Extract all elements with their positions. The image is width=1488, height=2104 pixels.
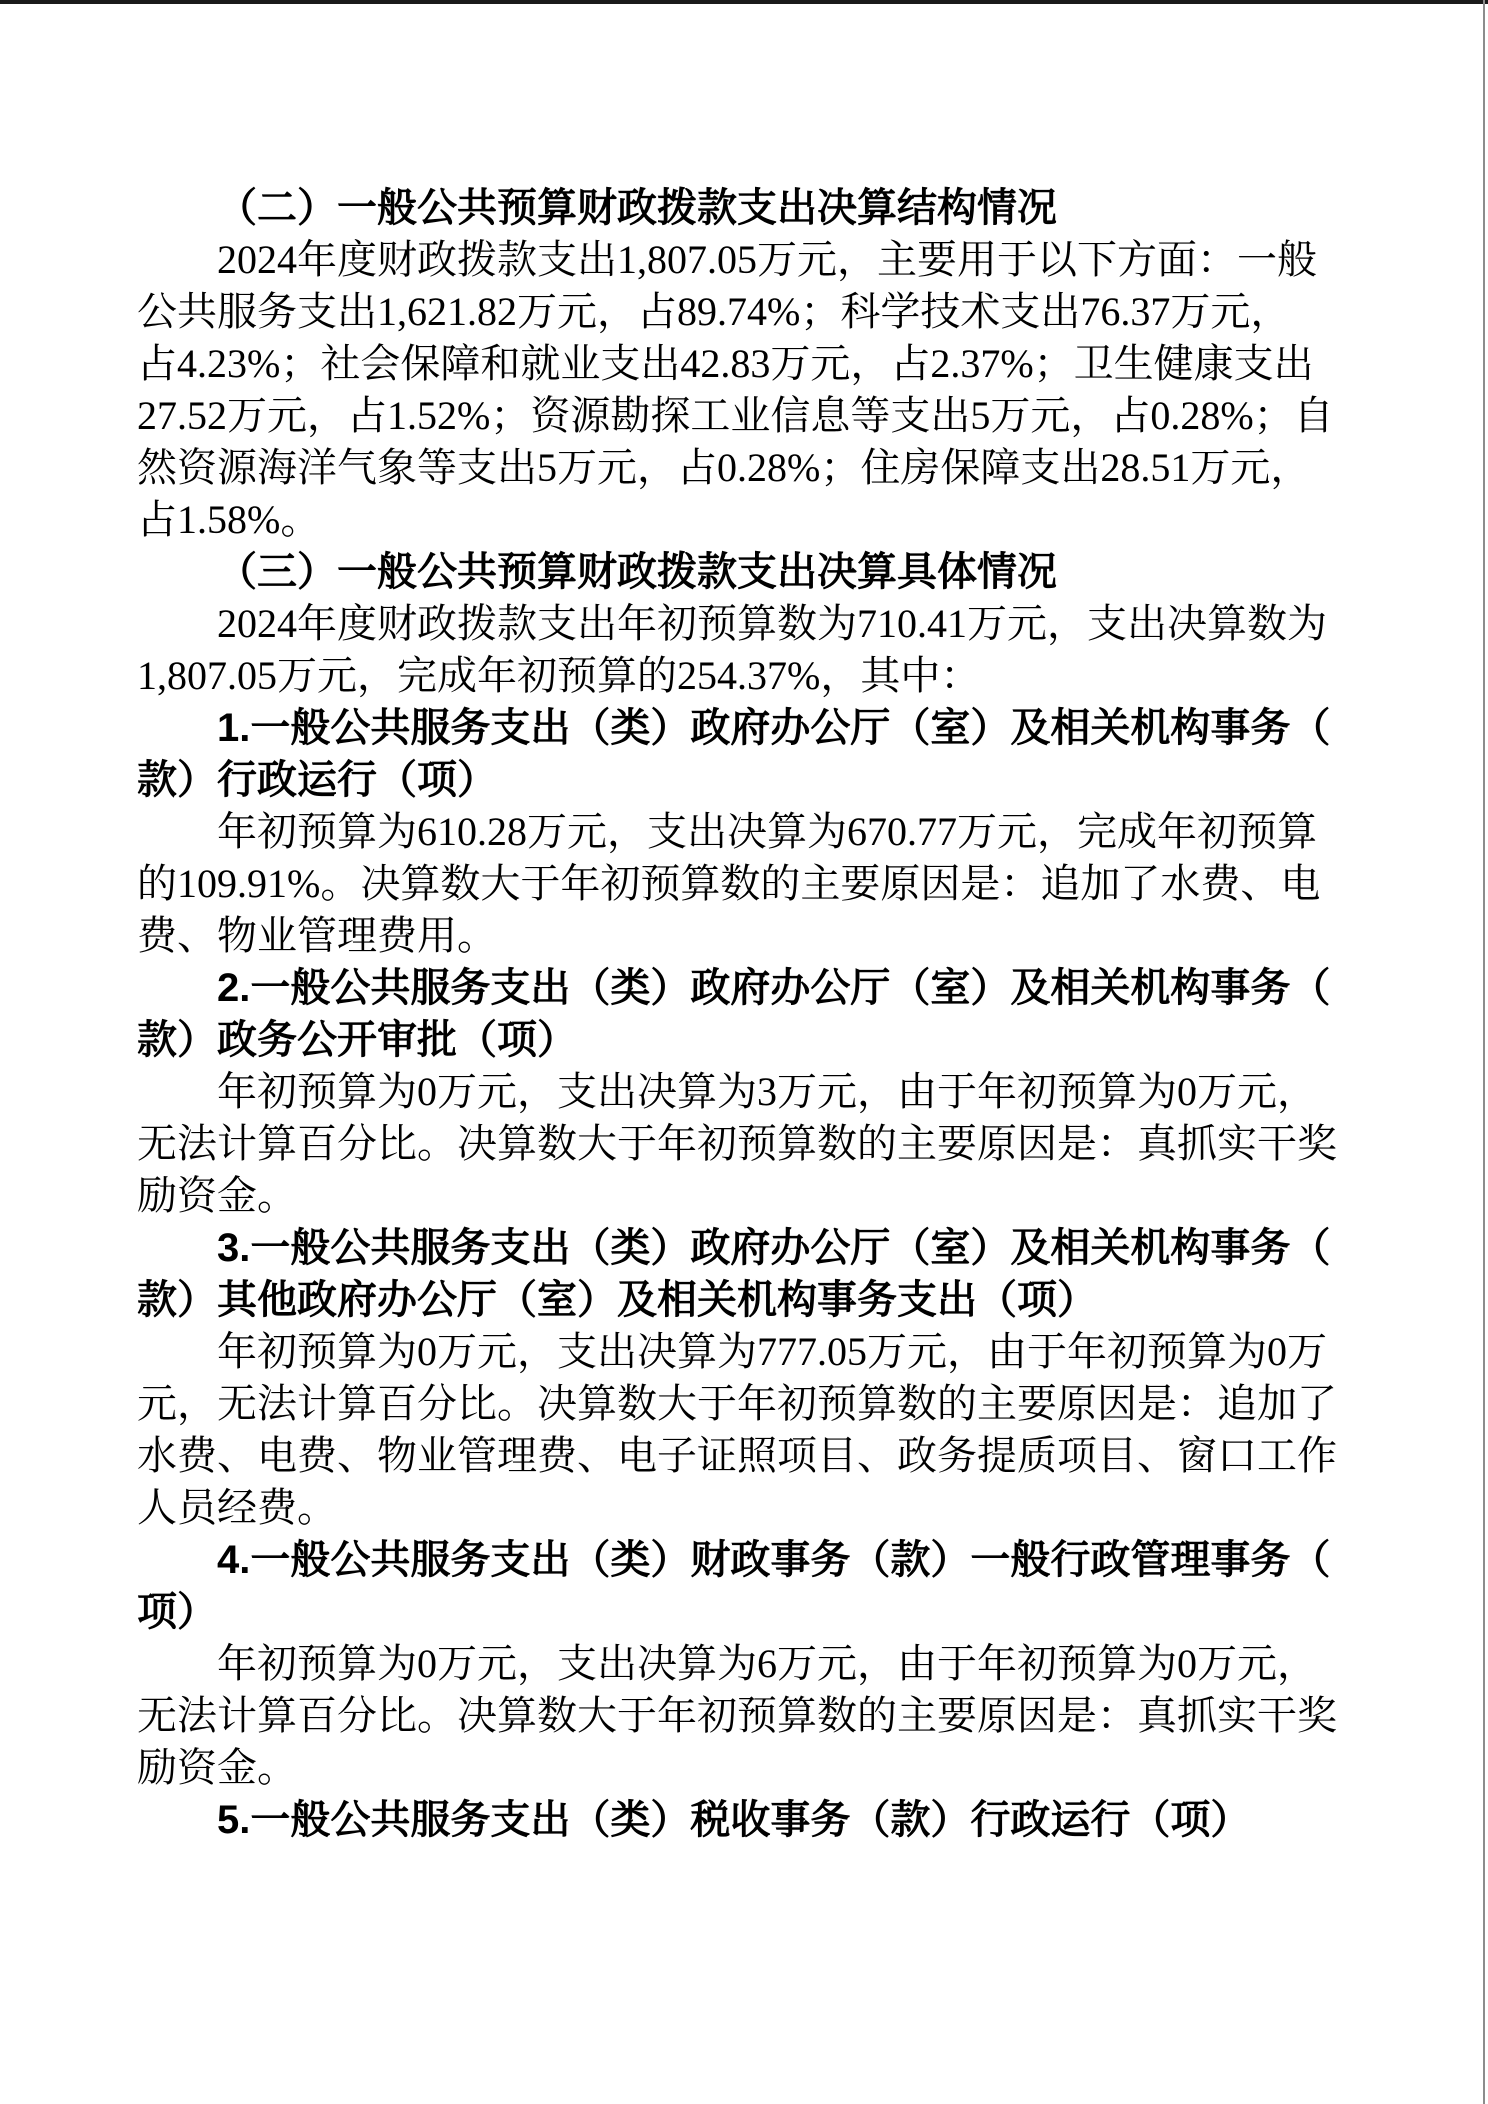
page-top-edge-line (0, 0, 1488, 4)
item-heading-line: 1.一般公共服务支出（类）政府办公厅（室）及相关机构事务（ (137, 702, 1397, 754)
page-right-edge-line (1483, 0, 1485, 2104)
paragraph-line: 的109.91%。决算数大于年初预算数的主要原因是：追加了水费、电 (137, 858, 1397, 910)
paragraph-line: 人员经费。 (137, 1482, 1397, 1534)
section-heading-line: （三）一般公共预算财政拨款支出决算具体情况 (137, 546, 1397, 598)
paragraph-line: 年初预算为0万元，支出决算为777.05万元，由于年初预算为0万 (137, 1326, 1397, 1378)
paragraph-line: 27.52万元，占1.52%；资源勘探工业信息等支出5万元，占0.28%；自 (137, 390, 1397, 442)
paragraph-line: 占4.23%；社会保障和就业支出42.83万元，占2.37%；卫生健康支出 (137, 338, 1397, 390)
paragraph-line: 年初预算为0万元，支出决算为6万元，由于年初预算为0万元， (137, 1638, 1397, 1690)
item-heading-line: 项） (137, 1586, 1397, 1638)
paragraph-line: 无法计算百分比。决算数大于年初预算数的主要原因是：真抓实干奖 (137, 1118, 1397, 1170)
paragraph-line: 2024年度财政拨款支出年初预算数为710.41万元，支出决算数为 (137, 598, 1397, 650)
paragraph-line: 励资金。 (137, 1742, 1397, 1794)
document-text-block: （二）一般公共预算财政拨款支出决算结构情况 2024年度财政拨款支出1,807.… (137, 182, 1397, 1846)
paragraph-line: 1,807.05万元，完成年初预算的254.37%，其中： (137, 650, 1397, 702)
item-heading-line: 款）政务公开审批（项） (137, 1014, 1397, 1066)
paragraph-line: 年初预算为0万元，支出决算为3万元，由于年初预算为0万元， (137, 1066, 1397, 1118)
item-heading-line: 款）行政运行（项） (137, 754, 1397, 806)
item-heading-line: 2.一般公共服务支出（类）政府办公厅（室）及相关机构事务（ (137, 962, 1397, 1014)
paragraph-line: 费、物业管理费用。 (137, 910, 1397, 962)
document-page: （二）一般公共预算财政拨款支出决算结构情况 2024年度财政拨款支出1,807.… (0, 0, 1488, 2104)
paragraph-line: 年初预算为610.28万元，支出决算为670.77万元，完成年初预算 (137, 806, 1397, 858)
paragraph-line: 2024年度财政拨款支出1,807.05万元，主要用于以下方面：一般 (137, 234, 1397, 286)
paragraph-line: 然资源海洋气象等支出5万元，占0.28%；住房保障支出28.51万元， (137, 442, 1397, 494)
paragraph-line: 占1.58%。 (137, 494, 1397, 546)
item-heading-line: 5.一般公共服务支出（类）税收事务（款）行政运行（项） (137, 1794, 1397, 1846)
paragraph-line: 励资金。 (137, 1170, 1397, 1222)
item-heading-line: 款）其他政府办公厅（室）及相关机构事务支出（项） (137, 1274, 1397, 1326)
paragraph-line: 无法计算百分比。决算数大于年初预算数的主要原因是：真抓实干奖 (137, 1690, 1397, 1742)
item-heading-line: 4.一般公共服务支出（类）财政事务（款）一般行政管理事务（ (137, 1534, 1397, 1586)
item-heading-line: 3.一般公共服务支出（类）政府办公厅（室）及相关机构事务（ (137, 1222, 1397, 1274)
paragraph-line: 公共服务支出1,621.82万元，占89.74%；科学技术支出76.37万元， (137, 286, 1397, 338)
section-heading-line: （二）一般公共预算财政拨款支出决算结构情况 (137, 182, 1397, 234)
paragraph-line: 水费、电费、物业管理费、电子证照项目、政务提质项目、窗口工作 (137, 1430, 1397, 1482)
paragraph-line: 元，无法计算百分比。决算数大于年初预算数的主要原因是：追加了 (137, 1378, 1397, 1430)
